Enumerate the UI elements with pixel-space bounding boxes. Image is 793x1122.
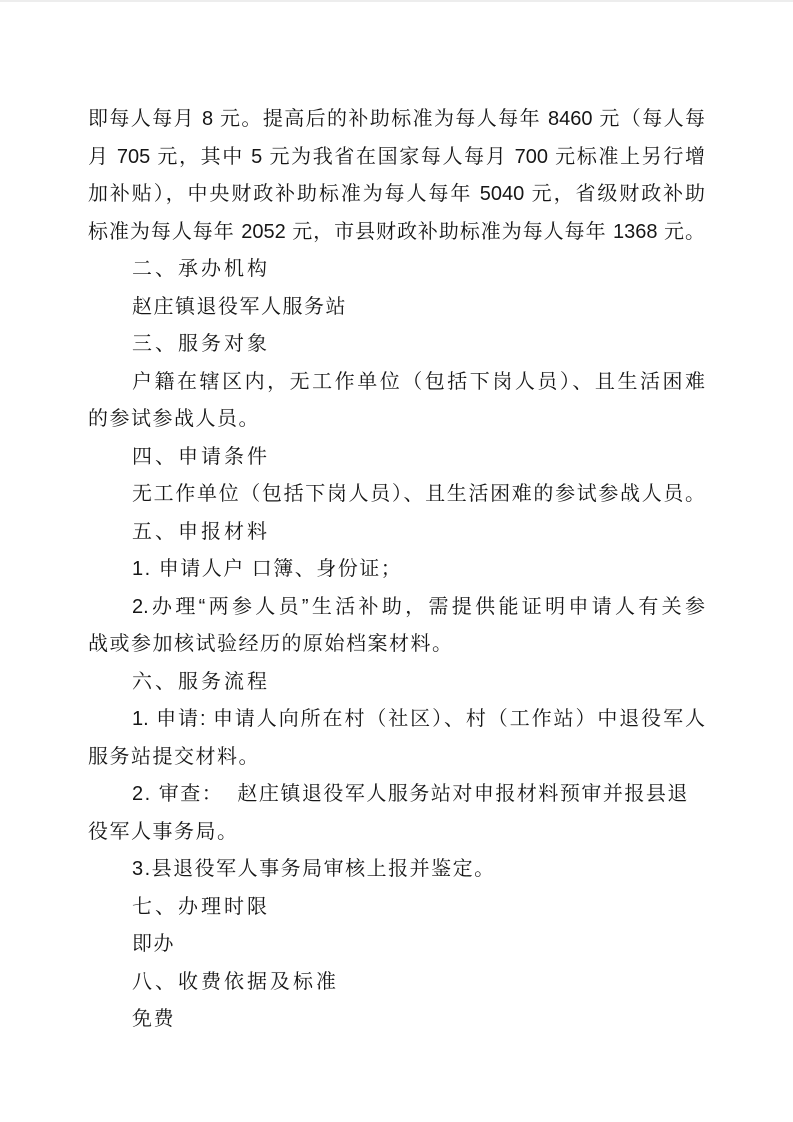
document-page: 即每人每月 8 元。提高后的补助标准为每人每年 8460 元（每人每月 705 …	[0, 0, 793, 1122]
document-line: 2. 审查： 赵庄镇退役军人服务站对申报材料预审并报县退	[88, 776, 705, 814]
section-heading: 二、承办机构	[88, 251, 705, 289]
document-line: 免费	[88, 1001, 705, 1039]
section-heading: 八、收费依据及标准	[88, 964, 705, 1002]
document-line: 役军人事务局。	[88, 814, 705, 852]
document-line: 2.办理“两参人员”生活补助，需提供能证明申请人有关参	[88, 589, 705, 627]
section-heading: 六、服务流程	[88, 664, 705, 702]
document-line: 1. 申请人户 口簿、身份证；	[88, 551, 705, 589]
section-heading: 五、申报材料	[88, 514, 705, 552]
document-line: 战或参加核试验经历的原始档案材料。	[88, 626, 705, 664]
document-line: 户籍在辖区内，无工作单位（包括下岗人员）、且生活困难	[88, 364, 705, 402]
document-line: 标准为每人每年 2052 元，市县财政补助标准为每人每年 1368 元。	[88, 214, 705, 252]
document-line: 3.县退役军人事务局审核上报并鉴定。	[88, 851, 705, 889]
section-heading: 七、办理时限	[88, 889, 705, 927]
document-body: 即每人每月 8 元。提高后的补助标准为每人每年 8460 元（每人每月 705 …	[88, 101, 705, 1039]
document-line: 月 705 元，其中 5 元为我省在国家每人每月 700 元标准上另行增	[88, 139, 705, 177]
document-line: 的参试参战人员。	[88, 401, 705, 439]
document-line: 服务站提交材料。	[88, 739, 705, 777]
document-line: 即每人每月 8 元。提高后的补助标准为每人每年 8460 元（每人每	[88, 101, 705, 139]
document-line: 加补贴），中央财政补助标准为每人每年 5040 元，省级财政补助	[88, 176, 705, 214]
section-heading: 三、服务对象	[88, 326, 705, 364]
document-viewport: { "page": { "background": "#ffffff", "te…	[0, 0, 793, 1122]
document-line: 1. 申请: 申请人向所在村（社区）、村（工作站）中退役军人	[88, 701, 705, 739]
document-line: 即办	[88, 926, 705, 964]
document-line: 赵庄镇退役军人服务站	[88, 289, 705, 327]
section-heading: 四、申请条件	[88, 439, 705, 477]
document-line: 无工作单位（包括下岗人员）、且生活困难的参试参战人员。	[88, 476, 705, 514]
